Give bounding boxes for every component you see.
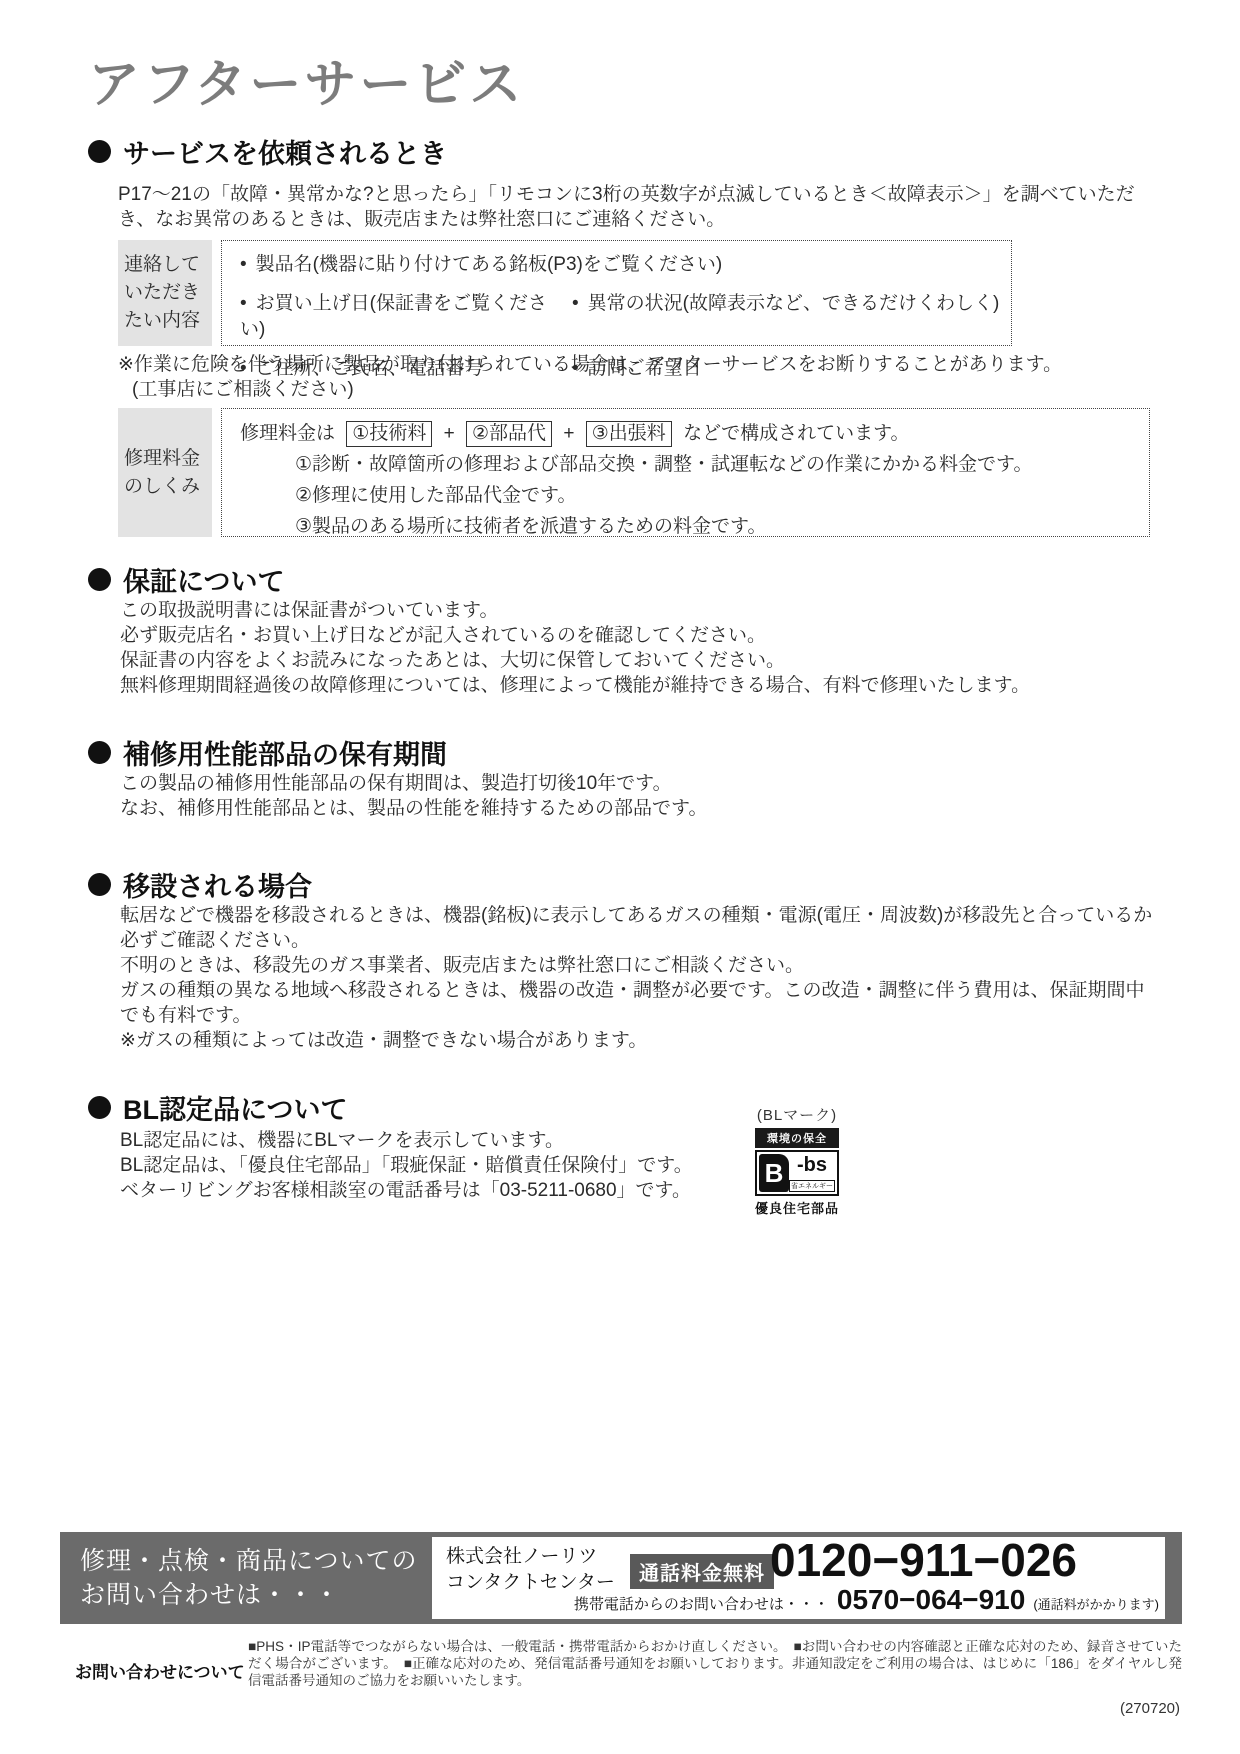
fee-box-technical: ①技術料 [346, 421, 432, 447]
spare-parts-paragraph: この製品の補修用性能部品の保有期間は、製造打切後10年です。 なお、補修用性能部… [120, 771, 1152, 821]
section-heading-label: 補修用性能部品の保有期間 [123, 733, 447, 772]
relocation-para-3: ガスの種類の異なる地域へ移設されるときは、機器の改造・調整が必要です。この改造・… [120, 978, 1155, 1028]
bl-line-2: BL認定品は、「優良住宅部品」「瑕疵保証・賠償責任保険付」です。 [120, 1153, 740, 1178]
section-heading-bl-certified: BL認定品について [88, 1088, 347, 1127]
relocation-para-1: 転居などで機器を移設されるときは、機器(銘板)に表示してあるガスの種類・電源(電… [120, 903, 1155, 953]
toll-free-phone-number: 0120−911−026 [770, 1533, 1077, 1587]
section-bullet-icon [88, 873, 111, 896]
relocation-paragraph: 転居などで機器を移設されるときは、機器(銘板)に表示してあるガスの種類・電源(電… [120, 903, 1155, 1053]
fee-table-body-cell: 修理料金は ①技術料 + ②部品代 + ③出張料 などで構成されています。 ①診… [221, 408, 1150, 537]
section-bullet-icon [88, 568, 111, 591]
fee-intro-line: 修理料金は ①技術料 + ②部品代 + ③出張料 などで構成されています。 [240, 421, 1139, 447]
mobile-contact-row: 携帯電話からのお問い合わせは・・・ 0570−064−910 (通話料がかかりま… [574, 1584, 1159, 1616]
fee-plus-1: + [444, 423, 455, 444]
section-heading-label: サービスを依頼されるとき [123, 132, 447, 171]
fee-box-travel: ③出張料 [586, 421, 672, 447]
fee-table-header-cell: 修理料金のしくみ [118, 408, 212, 537]
contact-item-product-name: 製品名(機器に貼り付けてある銘板(P3)をご覧ください) [240, 252, 1001, 278]
bl-mark-caption: (BLマーク) [742, 1104, 852, 1125]
contact-table-body-cell: 製品名(機器に貼り付けてある銘板(P3)をご覧ください) お買い上げ日(保証書を… [221, 240, 1012, 346]
contact-bar-panel: 株式会社ノーリツ コンタクトセンター 通話料金無料 0120−911−026 携… [432, 1537, 1165, 1619]
mobile-charge-note: (通話料がかかります) [1033, 1594, 1159, 1613]
mobile-phone-number: 0570−064−910 [837, 1584, 1025, 1616]
manual-page: アフターサービス サービスを依頼されるとき P17〜21の「故障・異常かな?と思… [0, 0, 1240, 1754]
bl-mark-top-banner: 環境の保全 [755, 1128, 839, 1148]
section-bullet-icon [88, 741, 111, 764]
footer-inquiry-label: お問い合わせについて [75, 1658, 245, 1683]
bl-mark-badge-icon: 環境の保全 B -bs 省エネルギー 優良住宅部品 [755, 1128, 839, 1217]
bl-logo-icon: B [759, 1154, 789, 1192]
bl-mark-logo-row: B -bs 省エネルギー [755, 1150, 839, 1196]
fee-plus-2: + [563, 423, 574, 444]
section-bullet-icon [88, 140, 111, 163]
bl-line-3: ベターリビングお客様相談室の電話番号は「03-5211-0680」です。 [120, 1178, 740, 1203]
mobile-contact-label: 携帯電話からのお問い合わせは・・・ [574, 1593, 829, 1614]
service-intro-paragraph: P17〜21の「故障・異常かな?と思ったら」「リモコンに3桁の英数字が点滅してい… [118, 182, 1150, 232]
relocation-para-2: 不明のときは、移設先のガス事業者、販売店または弊社窓口にご相談ください。 [120, 953, 1155, 978]
fee-intro-prefix: 修理料金は [240, 423, 335, 444]
warranty-line-2: 必ず販売店名・お買い上げ日などが記入されているのを確認してください。 [120, 623, 1152, 648]
contact-item-failure-status: 異常の状況(故障表示など、できるだけくわしく) [572, 291, 1001, 343]
contact-bar-lead: 修理・点検・商品についての お問い合わせは・・・ [80, 1544, 418, 1612]
note-line-1: ※作業に危険を伴う場所に製品が取り付けられている場合は、アフターサービスをお断り… [118, 352, 1150, 377]
section-heading-relocation: 移設される場合 [88, 865, 312, 904]
spare-parts-line-1: この製品の補修用性能部品の保有期間は、製造打切後10年です。 [120, 771, 1152, 796]
section-heading-label: BL認定品について [123, 1088, 347, 1127]
section-heading-spare-parts: 補修用性能部品の保有期間 [88, 733, 447, 772]
contact-table-header-cell: 連絡していただきたい内容 [118, 240, 212, 346]
warranty-line-1: この取扱説明書には保証書がついています。 [120, 598, 1152, 623]
fee-detail-2: ②修理に使用した部品代金です。 [295, 483, 1139, 509]
contact-item-purchase-date: お買い上げ日(保証書をご覧ください) [240, 291, 572, 343]
service-warning-note: ※作業に危険を伴う場所に製品が取り付けられている場合は、アフターサービスをお断り… [118, 352, 1150, 402]
footer-inquiry-text: ■PHS・IP電話等でつながらない場合は、一般電話・携帯電話からおかけ直しくださ… [248, 1638, 1182, 1689]
contact-info-table: 連絡していただきたい内容 製品名(機器に貼り付けてある銘板(P3)をご覧ください… [118, 240, 1012, 346]
contact-bar-lead-line-2: お問い合わせは・・・ [80, 1578, 418, 1612]
warranty-line-4: 無料修理期間経過後の故障修理については、修理によって機能が維持できる場合、有料で… [120, 673, 1152, 698]
fee-detail-3: ③製品のある場所に技術者を派遣するための料金です。 [295, 514, 1139, 540]
spare-parts-line-2: なお、補修用性能部品とは、製品の性能を維持するための部品です。 [120, 796, 1152, 821]
note-line-2: (工事店にご相談ください) [132, 377, 1150, 402]
fee-detail-list: ①診断・故障箇所の修理および部品交換・調整・試運転などの作業にかかる料金です。 … [240, 452, 1139, 540]
contact-bar-lead-line-1: 修理・点検・商品についての [80, 1544, 418, 1578]
section-bullet-icon [88, 1096, 111, 1119]
fee-box-parts: ②部品代 [466, 421, 552, 447]
warranty-paragraph: この取扱説明書には保証書がついています。 必ず販売店名・お買い上げ日などが記入さ… [120, 598, 1152, 698]
warranty-line-3: 保証書の内容をよくお読みになったあとは、大切に保管しておいてください。 [120, 648, 1152, 673]
fee-intro-suffix: などで構成されています。 [683, 423, 909, 444]
bl-mark: (BLマーク) 環境の保全 B -bs 省エネルギー 優良住宅部品 [742, 1104, 852, 1217]
bl-line-1: BL認定品には、機器にBLマークを表示しています。 [120, 1128, 740, 1153]
section-heading-label: 保証について [123, 560, 284, 599]
bl-mark-bottom-label: 優良住宅部品 [755, 1198, 839, 1217]
document-code: (270720) [1000, 1700, 1180, 1717]
bl-energy-label: 省エネルギー [789, 1180, 835, 1192]
bl-paragraph: BL認定品には、機器にBLマークを表示しています。 BL認定品は、「優良住宅部品… [120, 1128, 740, 1203]
section-heading-label: 移設される場合 [123, 865, 312, 904]
section-heading-service-request: サービスを依頼されるとき [88, 132, 447, 171]
repair-fee-table: 修理料金のしくみ 修理料金は ①技術料 + ②部品代 + ③出張料 などで構成さ… [118, 408, 1150, 537]
bl-bs-suffix: -bs [797, 1154, 827, 1176]
relocation-para-4: ※ガスの種類によっては改造・調整できない場合があります。 [120, 1028, 1155, 1053]
section-heading-warranty: 保証について [88, 560, 284, 599]
contact-bar: 修理・点検・商品についての お問い合わせは・・・ 株式会社ノーリツ コンタクトセ… [60, 1532, 1182, 1624]
company-name-line-1: 株式会社ノーリツ [446, 1544, 615, 1570]
page-title: アフターサービス [88, 42, 524, 117]
fee-detail-1: ①診断・故障箇所の修理および部品交換・調整・試運転などの作業にかかる料金です。 [295, 452, 1139, 478]
